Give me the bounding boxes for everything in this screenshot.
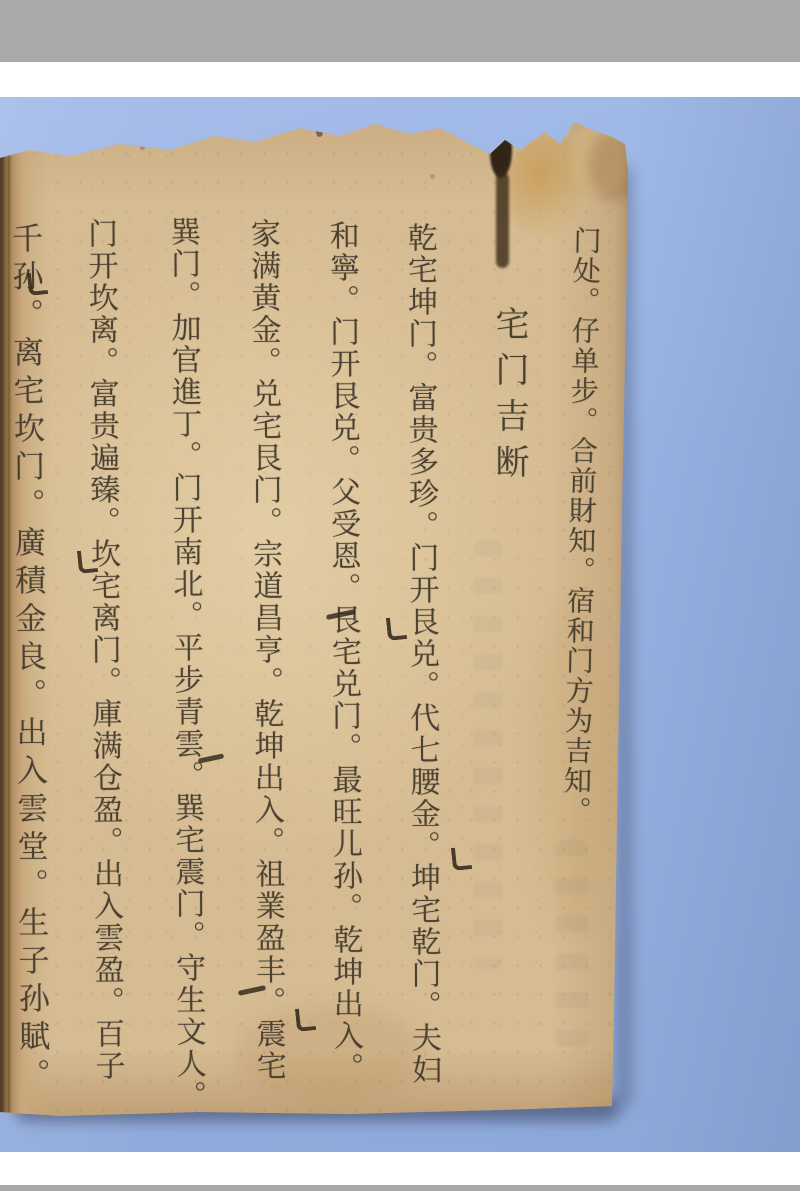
bleedthrough-marks	[474, 540, 502, 970]
section-hook-mark	[451, 846, 472, 871]
section-hook-mark	[27, 271, 48, 296]
screenshot-root: 门处。仔单步。合前財知。宿和门方为吉知。 宅门吉断 乾宅坤门。富贵多珍。门开艮兑…	[0, 0, 800, 1191]
book-page: 门处。仔单步。合前財知。宿和门方为吉知。 宅门吉断 乾宅坤门。富贵多珍。门开艮兑…	[0, 110, 640, 1120]
handwritten-column-5: 门开坎离。富贵遍臻。坎宅离门。庫满仓盈。出入雲盈。百子	[84, 218, 122, 1118]
letterbox-bottom-bar	[0, 1185, 800, 1191]
paper-speck	[430, 174, 435, 179]
page-title-column: 宅门吉断	[492, 306, 526, 536]
section-hook-mark	[77, 549, 98, 574]
handwritten-column-2: 和寧。门开艮兑。父受恩。艮宅兑门。最旺儿孙。乾坤出入。	[326, 220, 361, 1120]
handwritten-column-6: 千孙。离宅坎门。廣積金良。出入雲堂。生子孙賦。	[8, 222, 47, 1122]
section-hook-mark	[295, 1007, 316, 1032]
ink-blot-streak	[496, 172, 509, 268]
handwritten-column-4: 巽门。加官進丁。门开南北。平步青雲。巽宅震门。守生文人。	[167, 216, 203, 1126]
letterbox-top-bar	[0, 0, 800, 62]
photo-frame-top	[0, 62, 800, 97]
manuscript-photo: 门处。仔单步。合前財知。宿和门方为吉知。 宅门吉断 乾宅坤门。富贵多珍。门开艮兑…	[0, 97, 800, 1152]
handwritten-column-1: 乾宅坤门。富贵多珍。门开艮兑。代七腰金。坤宅乾门。夫妇	[404, 222, 439, 1122]
section-hook-mark	[386, 616, 407, 641]
photo-frame-bottom	[0, 1152, 800, 1185]
